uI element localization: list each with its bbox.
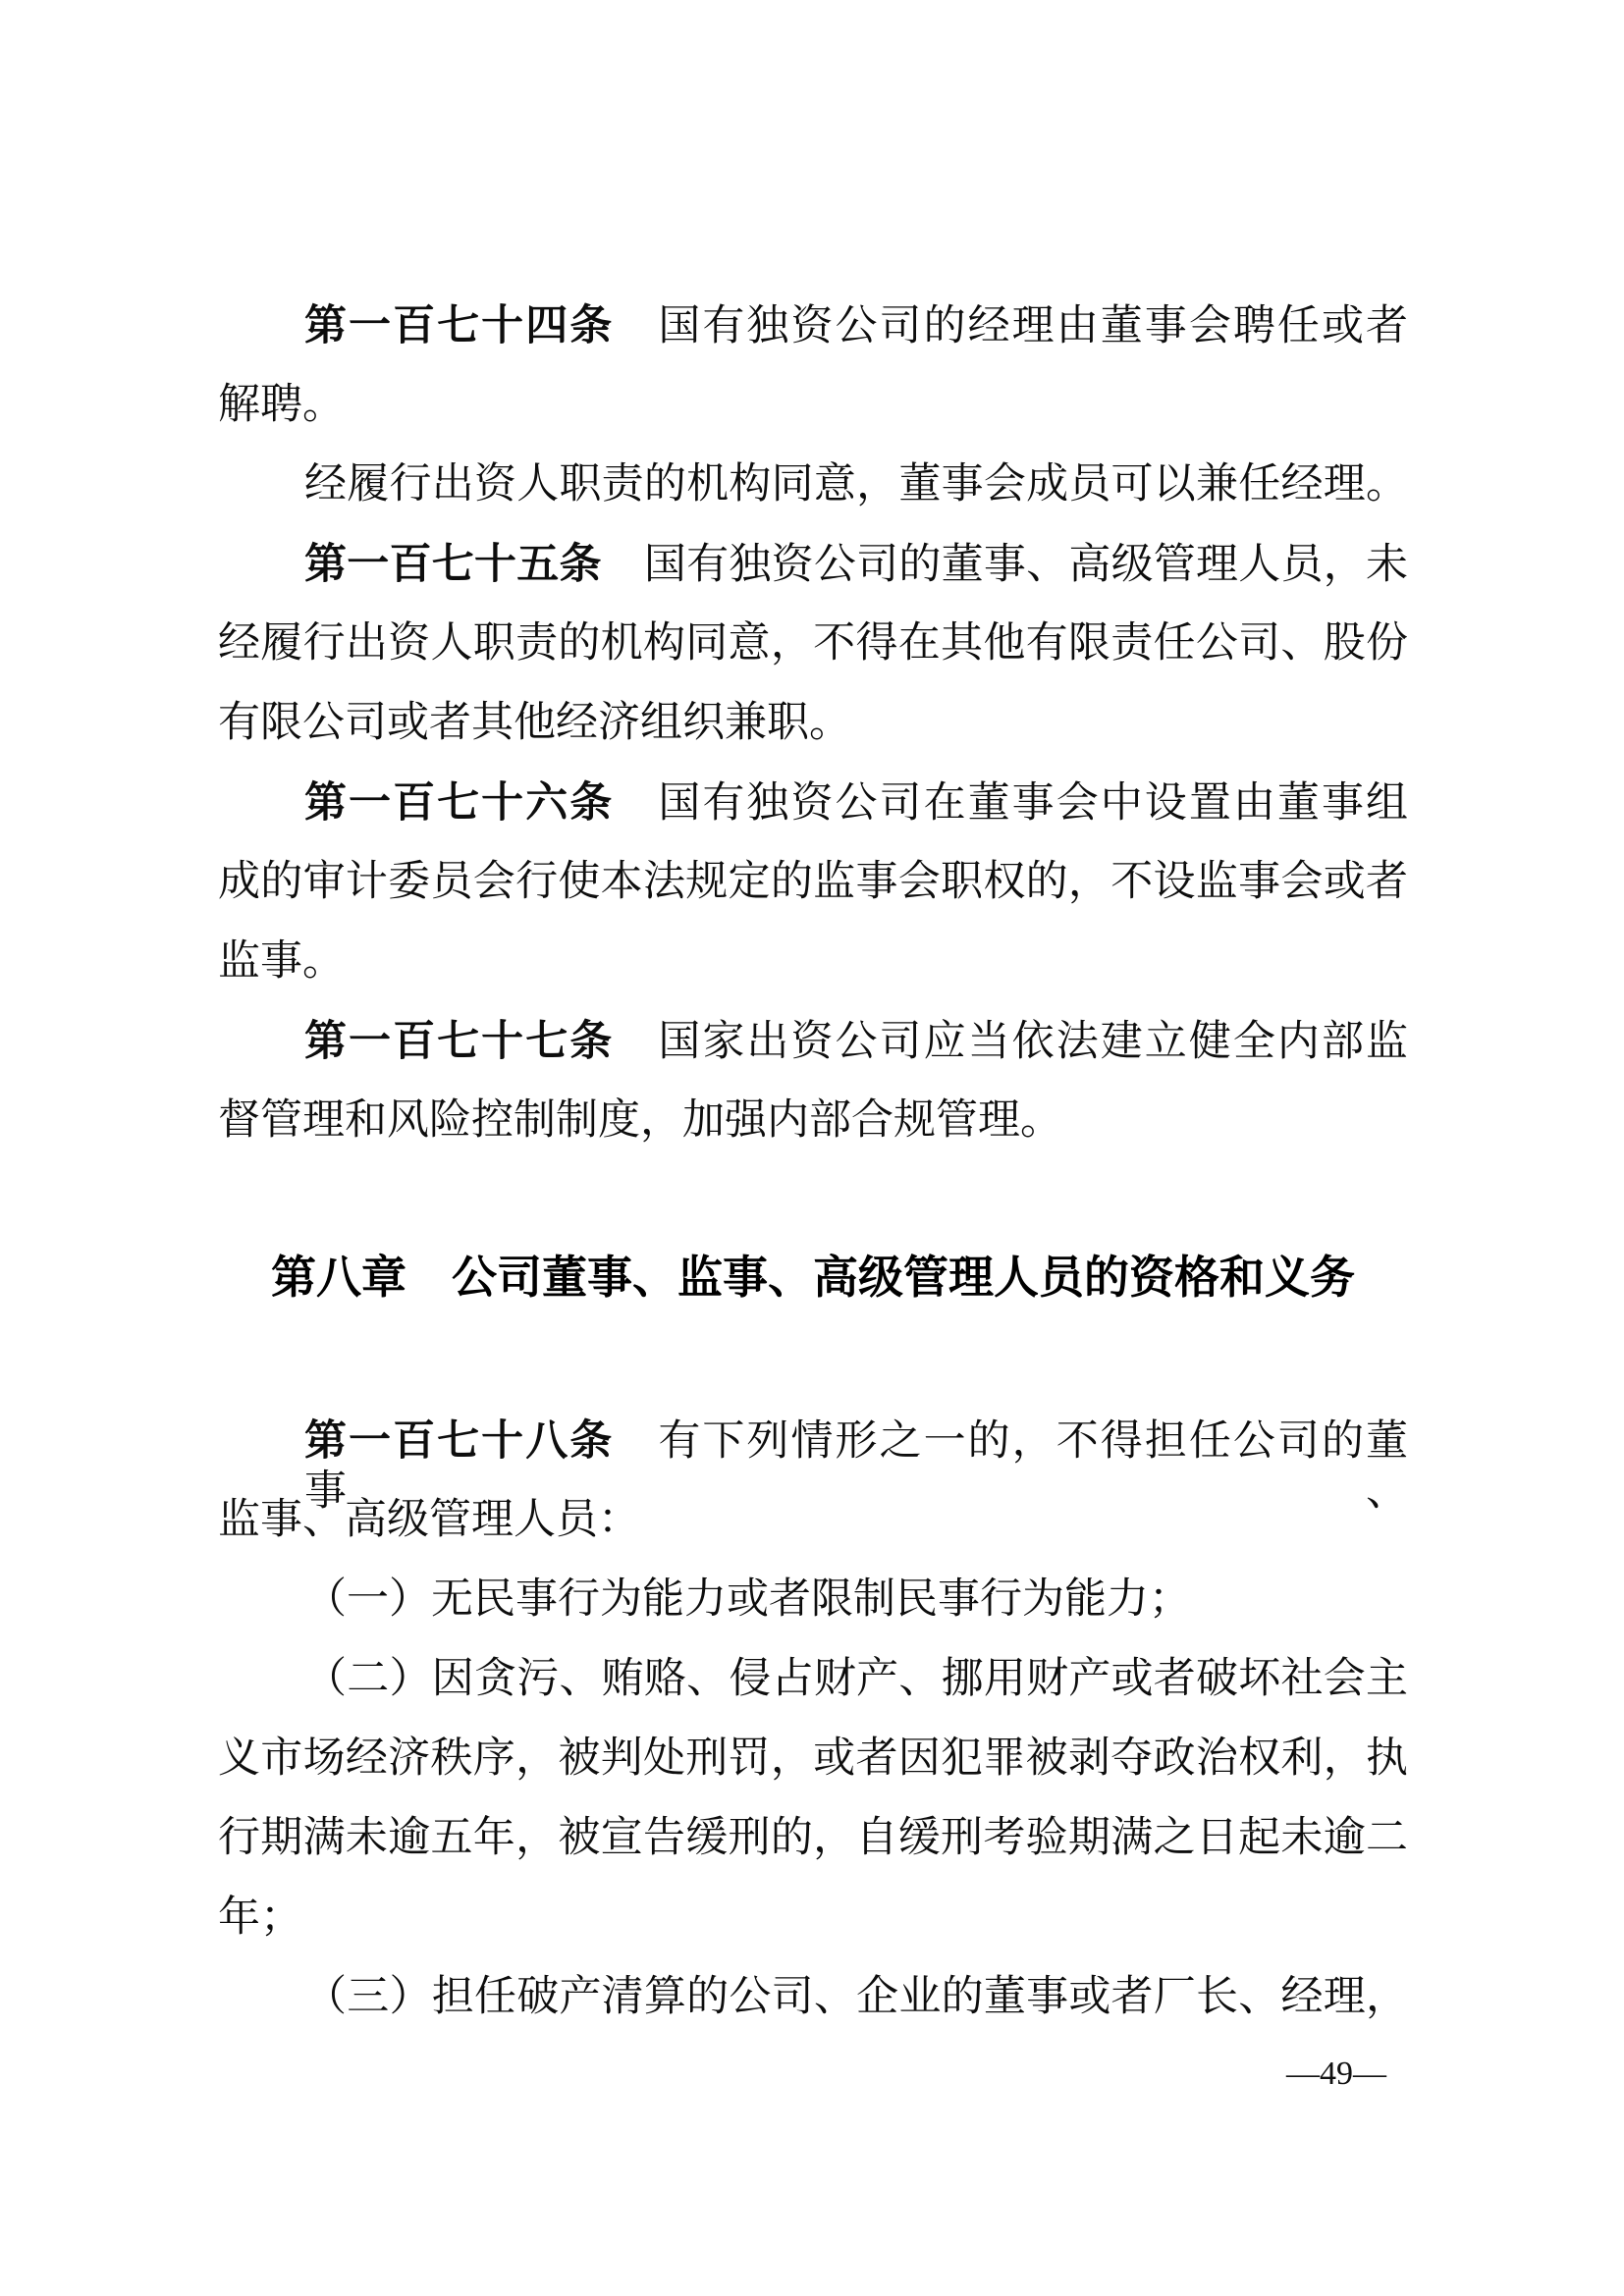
law-text-line: 有限公司或者其他经济组织兼职。 — [218, 699, 1408, 749]
article-text: 义市场经济秩序，被判处刑罚，或者因犯罪被剥夺政治权利，执 — [218, 1735, 1408, 1782]
article-text: 经履行出资人职责的机构同意，董事会成员可以兼任经理。 — [304, 461, 1408, 507]
article-text: 行期满未逾五年，被宣告缓刑的，自缓刑考验期满之日起未逾二 — [218, 1815, 1408, 1861]
law-list-item-line: （三）担任破产清算的公司、企业的董事或者厂长、经理， — [304, 1973, 1408, 2023]
law-list-item-line: （一）无民事行为能力或者限制民事行为能力； — [304, 1575, 1408, 1626]
law-text-line: 解聘。 — [218, 381, 1408, 431]
law-list-item-line: （二）因贪污、贿赂、侵占财产、挪用财产或者破坏社会主 — [304, 1655, 1408, 1705]
article-number: 第一百七十八条 — [304, 1417, 614, 1465]
article-text: 监事、高级管理人员： — [218, 1497, 640, 1543]
law-article-line: 第一百七十五条 国有独资公司的董事、高级管理人员，未 — [304, 540, 1408, 591]
law-text-line: 督管理和风险控制制度，加强内部合规管理。 — [218, 1096, 1408, 1147]
law-text-line: 经履行出资人职责的机构同意，不得在其他有限责任公司、股份 — [218, 619, 1408, 669]
article-number: 第一百七十七条 — [304, 1018, 614, 1065]
law-text-line: 年； — [218, 1894, 1408, 1944]
article-number: 第一百七十六条 — [304, 779, 614, 827]
article-text: （三）担任破产清算的公司、企业的董事或者厂长、经理， — [304, 1974, 1408, 2020]
law-text-line: 经履行出资人职责的机构同意，董事会成员可以兼任经理。 — [304, 460, 1408, 510]
chapter-heading: 第八章 公司董事、监事、高级管理人员的资格和义务 — [218, 1252, 1408, 1304]
document-page: 第一百七十四条 国有独资公司的经理由董事会聘任或者 解聘。 经履行出资人职责的机… — [0, 0, 1624, 2296]
law-text-line: 监事、高级管理人员： — [218, 1496, 1408, 1546]
law-text-line: 成的审计委员会行使本法规定的监事会职权的，不设监事会或者 — [218, 858, 1408, 908]
law-article-line: 第一百七十七条 国家出资公司应当依法建立健全内部监 — [304, 1017, 1408, 1068]
article-text: 经履行出资人职责的机构同意，不得在其他有限责任公司、股份 — [218, 620, 1408, 667]
article-text: 国有独资公司的经理由董事会聘任或者 — [614, 303, 1408, 349]
article-text: 国有独资公司的董事、高级管理人员，未 — [602, 542, 1408, 588]
article-text: 国家出资公司应当依法建立健全内部监 — [614, 1019, 1408, 1065]
law-text-line: 行期满未逾五年，被宣告缓刑的，自缓刑考验期满之日起未逾二 — [218, 1814, 1408, 1864]
article-number: 第一百七十五条 — [304, 541, 602, 588]
article-text: 督管理和风险控制制度，加强内部合规管理。 — [218, 1097, 1062, 1144]
article-text: 国有独资公司在董事会中设置由董事组 — [614, 780, 1408, 827]
article-text: （二）因贪污、贿赂、侵占财产、挪用财产或者破坏社会主 — [304, 1656, 1408, 1702]
article-text: 解聘。 — [218, 382, 345, 428]
article-text: （一）无民事行为能力或者限制民事行为能力； — [304, 1576, 1191, 1623]
law-article-line: 第一百七十四条 国有独资公司的经理由董事会聘任或者 — [304, 301, 1408, 352]
article-text: 监事。 — [218, 938, 345, 985]
article-number: 第一百七十四条 — [304, 302, 614, 349]
article-text: 年； — [218, 1895, 302, 1941]
law-text-line: 义市场经济秩序，被判处刑罚，或者因犯罪被剥夺政治权利，执 — [218, 1735, 1408, 1785]
article-text: 有限公司或者其他经济组织兼职。 — [218, 700, 851, 746]
page-number: —49— — [1233, 2055, 1439, 2095]
article-text: 成的审计委员会行使本法规定的监事会职权的，不设监事会或者 — [218, 859, 1408, 905]
law-article-line: 第一百七十六条 国有独资公司在董事会中设置由董事组 — [304, 778, 1408, 829]
law-text-line: 监事。 — [218, 937, 1408, 988]
